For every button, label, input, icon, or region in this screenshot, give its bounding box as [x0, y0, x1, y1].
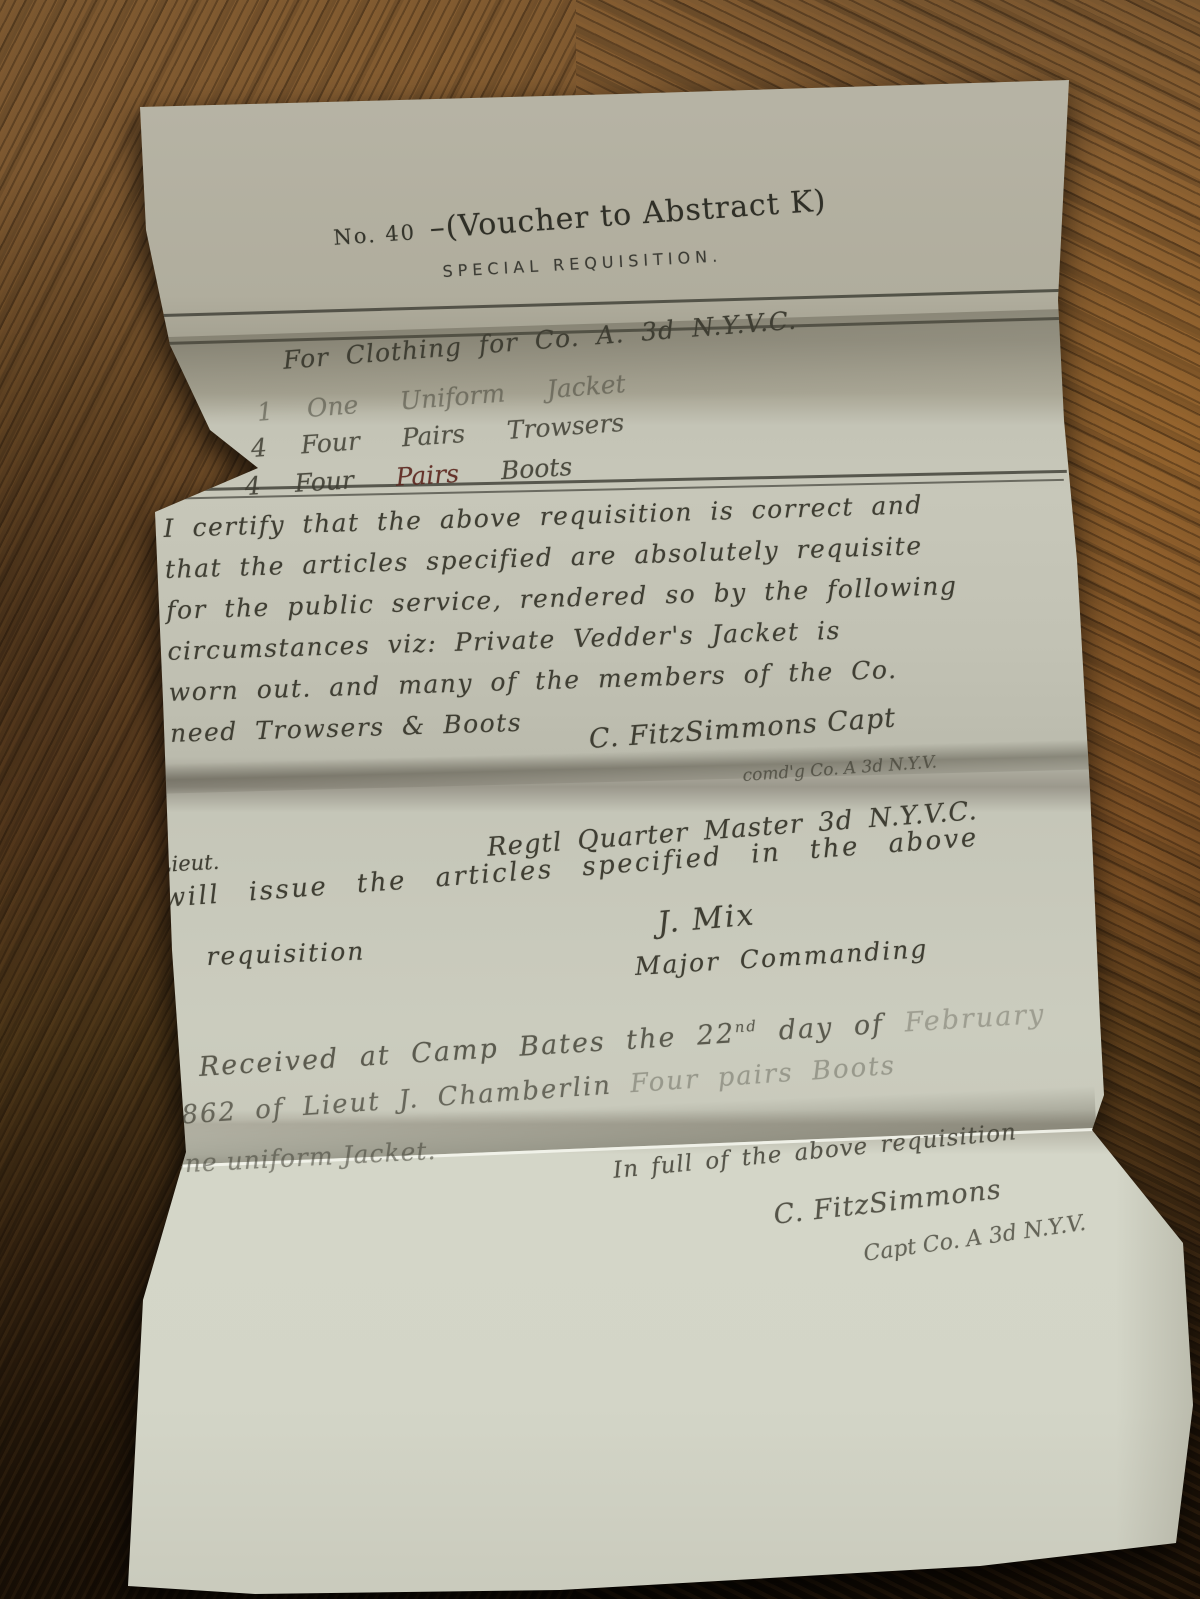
- paper-edge-shading: [0, 0, 1200, 1599]
- document-photo: No. 40 –(Voucher to Abstract K) SPECIAL …: [0, 0, 1200, 1599]
- item-word: Four: [300, 426, 361, 459]
- item-quantity: 4: [250, 431, 302, 463]
- receipt-ordinal-superscript: nd: [734, 1017, 758, 1036]
- item-word: Jacket: [546, 369, 627, 404]
- paper-shadow-wrap: No. 40 –(Voucher to Abstract K) SPECIAL …: [0, 0, 1200, 1599]
- voucher-number: No. 40: [333, 220, 417, 250]
- order-body-line2: requisition: [206, 936, 366, 971]
- requisition-document: No. 40 –(Voucher to Abstract K) SPECIAL …: [0, 0, 1200, 1599]
- salutation: Lieut.: [157, 850, 220, 877]
- item-word: Pairs: [401, 419, 466, 452]
- item-quantity: 4: [244, 469, 296, 501]
- item-word: Boots: [500, 452, 573, 485]
- item-word: Four: [294, 465, 355, 498]
- item-word: Pairs: [395, 459, 460, 492]
- item-quantity: 1: [256, 394, 308, 427]
- item-word: One: [306, 390, 360, 423]
